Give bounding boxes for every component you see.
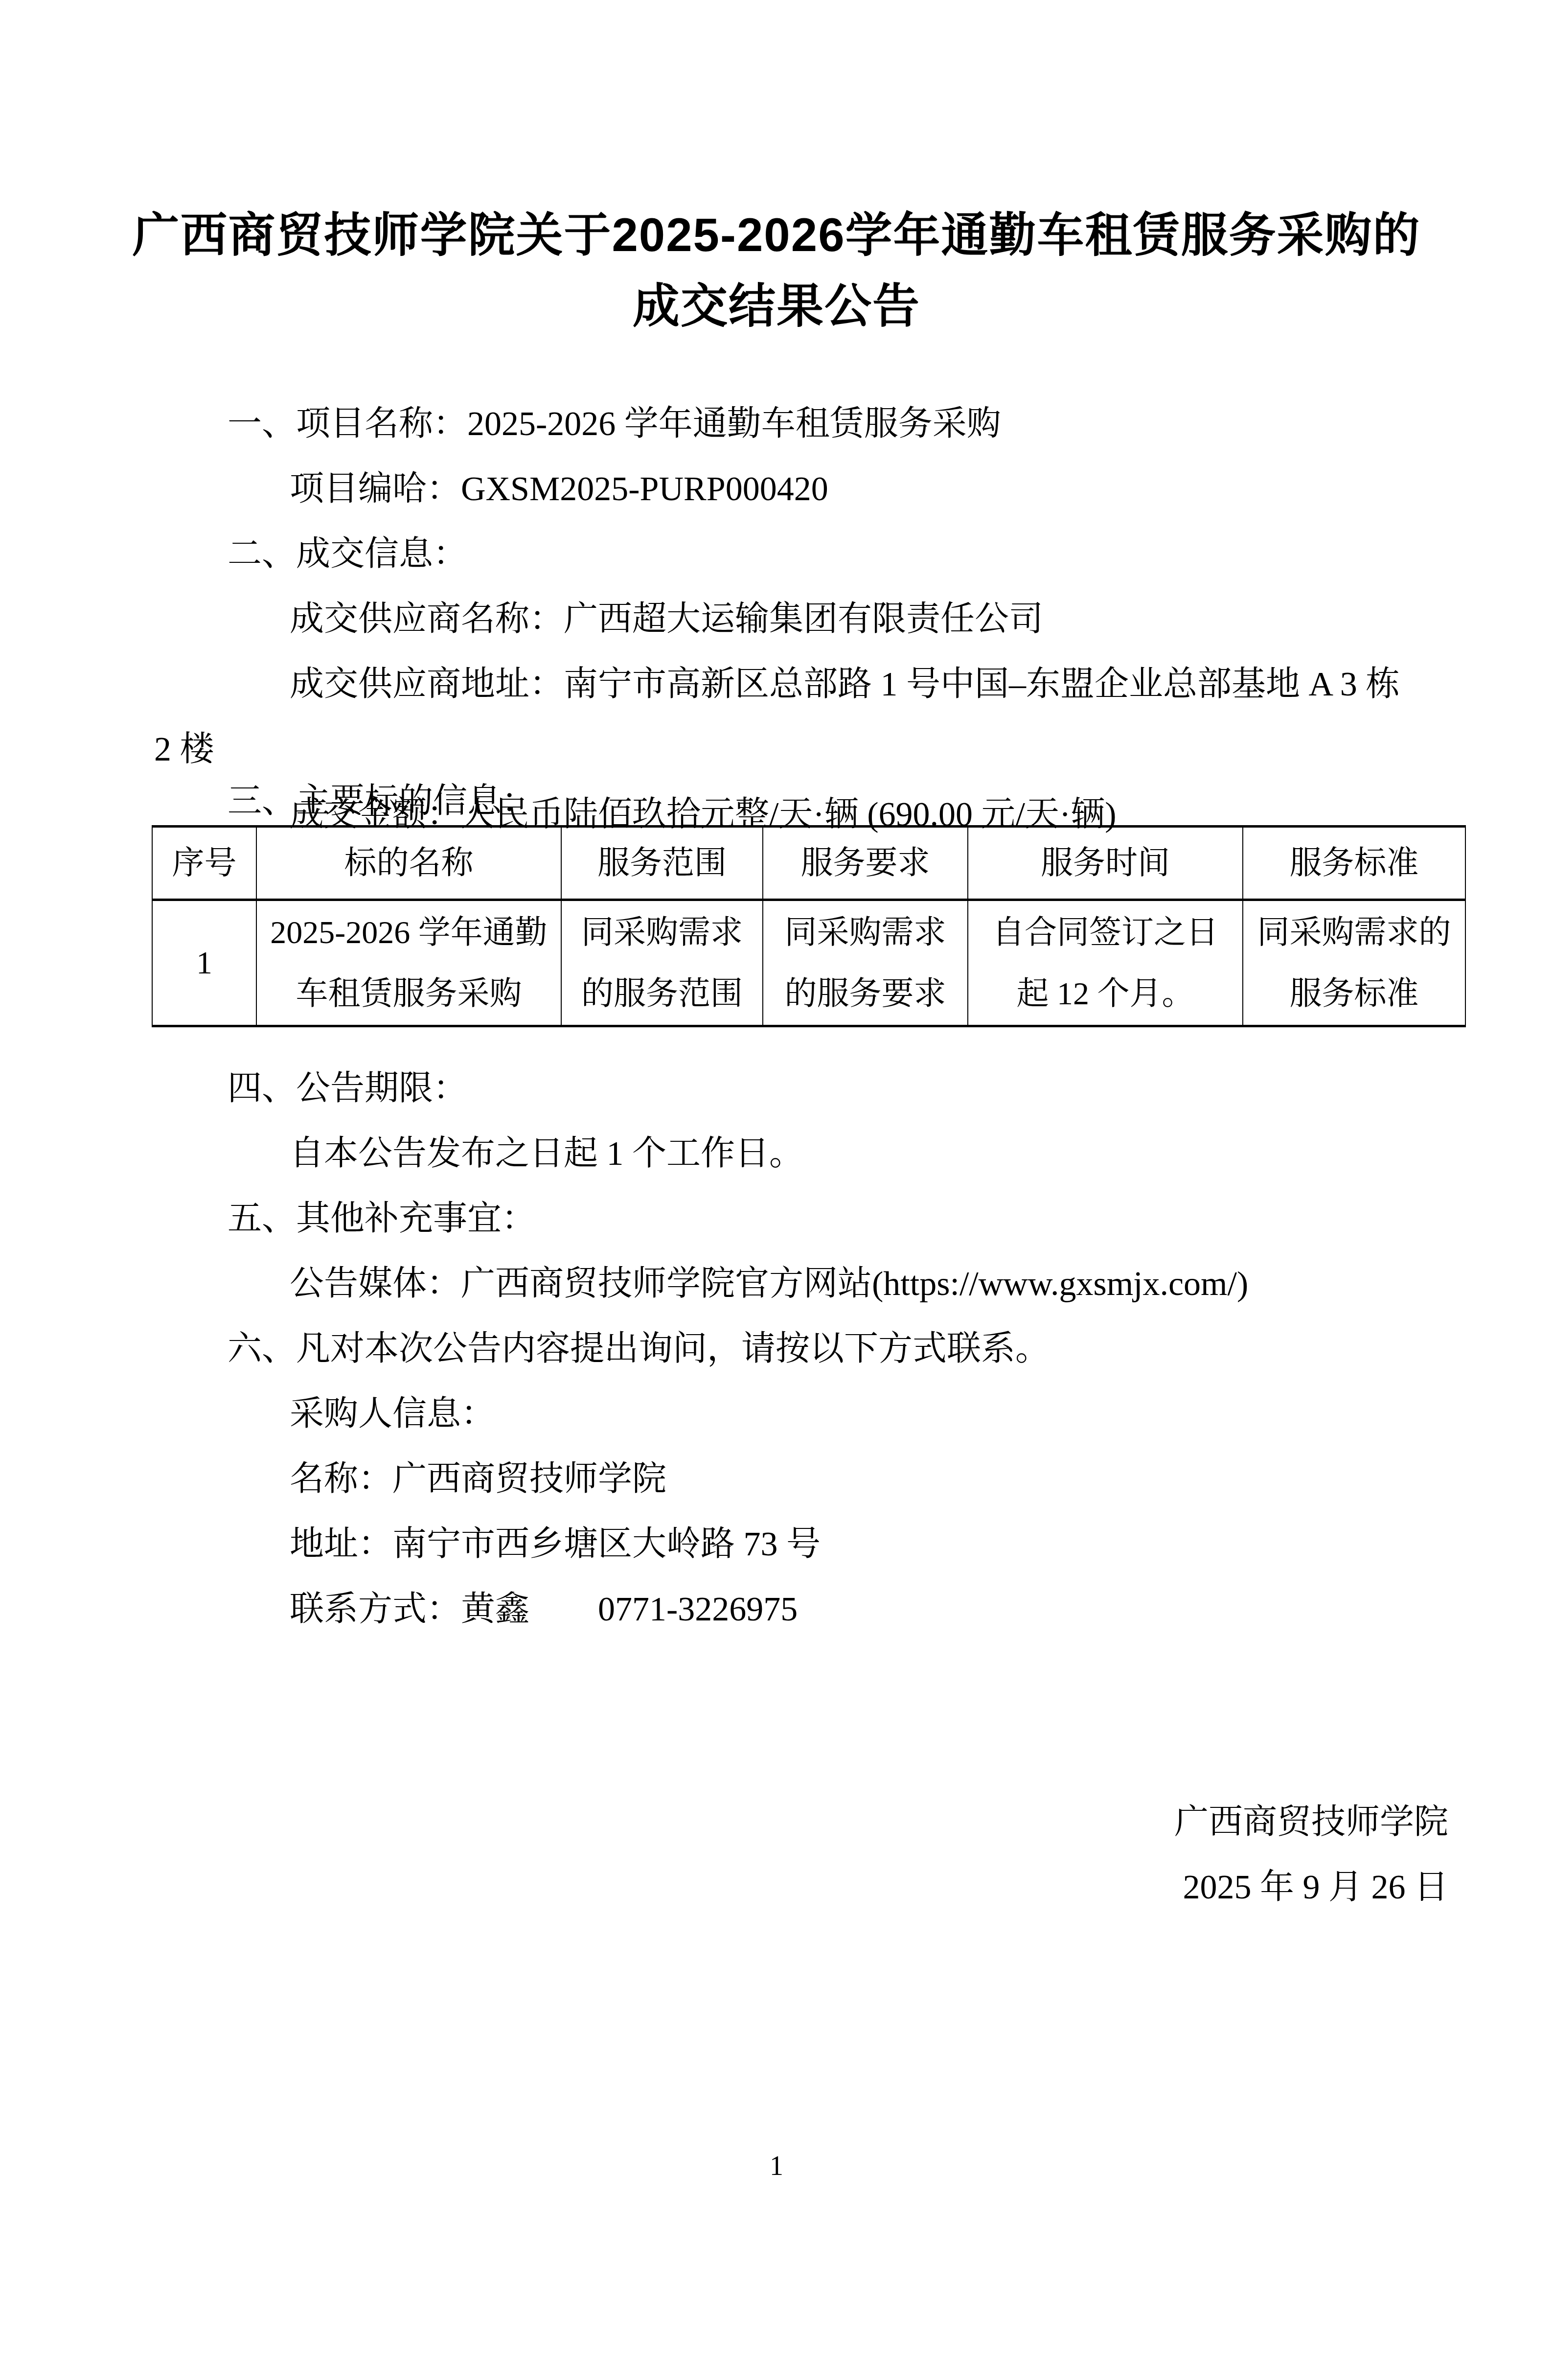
- document-title: 广西商贸技师学院关于2025-2026学年通勤车租赁服务采购的 成交结果公告: [0, 200, 1553, 342]
- page-number: 1: [0, 2151, 1553, 2181]
- notice-period-line: 自本公告发布之日起 1 个工作日。: [154, 1121, 1406, 1186]
- section-1-heading: 一、项目名称：2025-2026 学年通勤车租赁服务采购: [154, 392, 1406, 457]
- section-4-heading: 四、公告期限：: [154, 1056, 1406, 1121]
- signature-date: 2025 年 9 月 26 日: [1174, 1855, 1448, 1920]
- section-6-heading: 六、凡对本次公告内容提出询问，请按以下方式联系。: [154, 1317, 1406, 1382]
- section-3-heading: 三、主要标的信息：: [154, 781, 536, 822]
- supplier-address-line: 成交供应商地址：南宁市高新区总部路 1 号中国–东盟企业总部基地 A 3 栋 2…: [154, 652, 1406, 782]
- cell-requirement: 同采购需求 的服务要求: [763, 900, 968, 1026]
- document-page: 广西商贸技师学院关于2025-2026学年通勤车租赁服务采购的 成交结果公告 一…: [0, 0, 1553, 2380]
- column-header-seq: 序号: [152, 827, 256, 900]
- buyer-name-line: 名称：广西商贸技师学院: [154, 1447, 1406, 1512]
- title-line-2: 成交结果公告: [0, 271, 1553, 342]
- signature-org: 广西商贸技师学院: [1174, 1790, 1448, 1855]
- buyer-contact-line: 联系方式：黄鑫 0771-3226975: [154, 1577, 1406, 1642]
- project-code-line: 项目编哈：GXSM2025-PURP000420: [154, 457, 1406, 522]
- column-header-requirement: 服务要求: [763, 827, 968, 900]
- title-line-1: 广西商贸技师学院关于2025-2026学年通勤车租赁服务采购的: [0, 200, 1553, 271]
- post-table-paragraphs: 四、公告期限： 自本公告发布之日起 1 个工作日。 五、其他补充事宜： 公告媒体…: [154, 1056, 1406, 1642]
- section-2-heading: 二、成交信息：: [154, 522, 1406, 587]
- column-header-scope: 服务范围: [561, 827, 763, 900]
- buyer-address-line: 地址：南宁市西乡塘区大岭路 73 号: [154, 1512, 1406, 1577]
- announcement-media-line: 公告媒体：广西商贸技师学院官方网站(https://www.gxsmjx.com…: [154, 1251, 1406, 1317]
- supplier-name-line: 成交供应商名称：广西超大运输集团有限责任公司: [154, 587, 1406, 652]
- table-row: 1 2025-2026 学年通勤 车租赁服务采购 同采购需求 的服务范围 同采购…: [152, 900, 1465, 1026]
- cell-standard: 同采购需求的 服务标准: [1243, 900, 1465, 1026]
- cell-seq: 1: [152, 900, 256, 1026]
- column-header-name: 标的名称: [256, 827, 561, 900]
- signature-block: 广西商贸技师学院 2025 年 9 月 26 日: [1174, 1790, 1448, 1920]
- section-5-heading: 五、其他补充事宜：: [154, 1186, 1406, 1251]
- column-header-standard: 服务标准: [1243, 827, 1465, 900]
- buyer-info-label: 采购人信息：: [154, 1382, 1406, 1447]
- cell-name: 2025-2026 学年通勤 车租赁服务采购: [256, 900, 561, 1026]
- bid-info-table: 序号 标的名称 服务范围 服务要求 服务时间 服务标准 1 2025-2026 …: [152, 825, 1466, 1027]
- cell-time: 自合同签订之日 起 12 个月。: [968, 900, 1243, 1026]
- column-header-time: 服务时间: [968, 827, 1243, 900]
- cell-scope: 同采购需求 的服务范围: [561, 900, 763, 1026]
- table-header-row: 序号 标的名称 服务范围 服务要求 服务时间 服务标准: [152, 827, 1465, 900]
- pre-table-paragraphs: 一、项目名称：2025-2026 学年通勤车租赁服务采购 项目编哈：GXSM20…: [154, 392, 1406, 847]
